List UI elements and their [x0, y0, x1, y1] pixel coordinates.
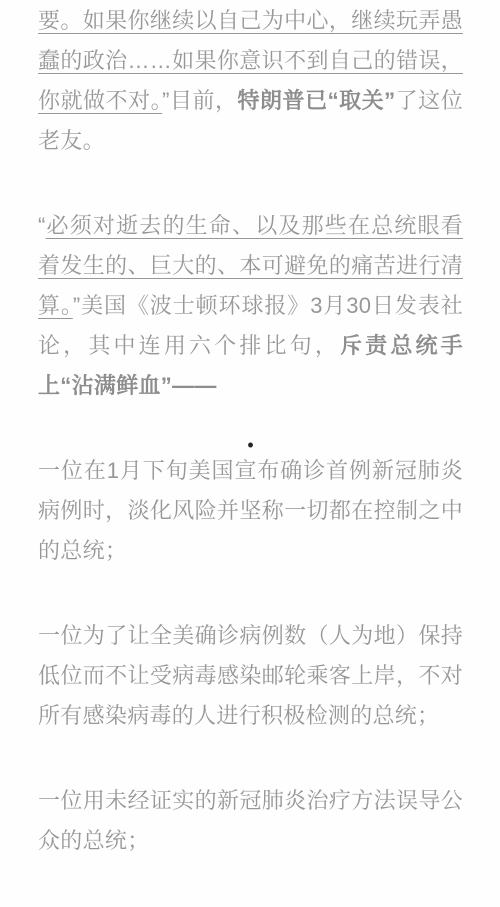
body-text: 一位在1月下旬美国宣布确诊首例新冠肺炎病例时，淡化风险并坚称一切都在控制之中的总… [38, 458, 463, 563]
body-text: ”目前， [162, 88, 237, 113]
paragraph: 一位用未经证实的新冠肺炎治疗方法误导公众的总统； [38, 781, 463, 861]
article-body: 要。如果你继续以自己为中心，继续玩弄愚蠢的政治……如果你意识不到自己的错误，你就… [0, 0, 500, 861]
bold-text: 特朗普已“取关” [238, 88, 396, 113]
body-text: 一位用未经证实的新冠肺炎治疗方法误导公众的总统； [38, 788, 463, 853]
paragraph: 一位为了让全美确诊病例数（人为地）保持低位而不让受病毒感染邮轮乘客上岸，不对所有… [38, 616, 463, 736]
body-text: 一位为了让全美确诊病例数（人为地）保持低位而不让受病毒感染邮轮乘客上岸，不对所有… [38, 623, 463, 728]
paragraph: “必须对逝去的生命、以及那些在总统眼看着发生的、巨大的、本可避免的痛苦进行清算。… [38, 206, 463, 406]
paragraph: 一位在1月下旬美国宣布确诊首例新冠肺炎病例时，淡化风险并坚称一切都在控制之中的总… [38, 451, 463, 571]
paragraph: 要。如果你继续以自己为中心，继续玩弄愚蠢的政治……如果你意识不到自己的错误，你就… [38, 1, 463, 161]
body-text: “ [38, 213, 46, 238]
